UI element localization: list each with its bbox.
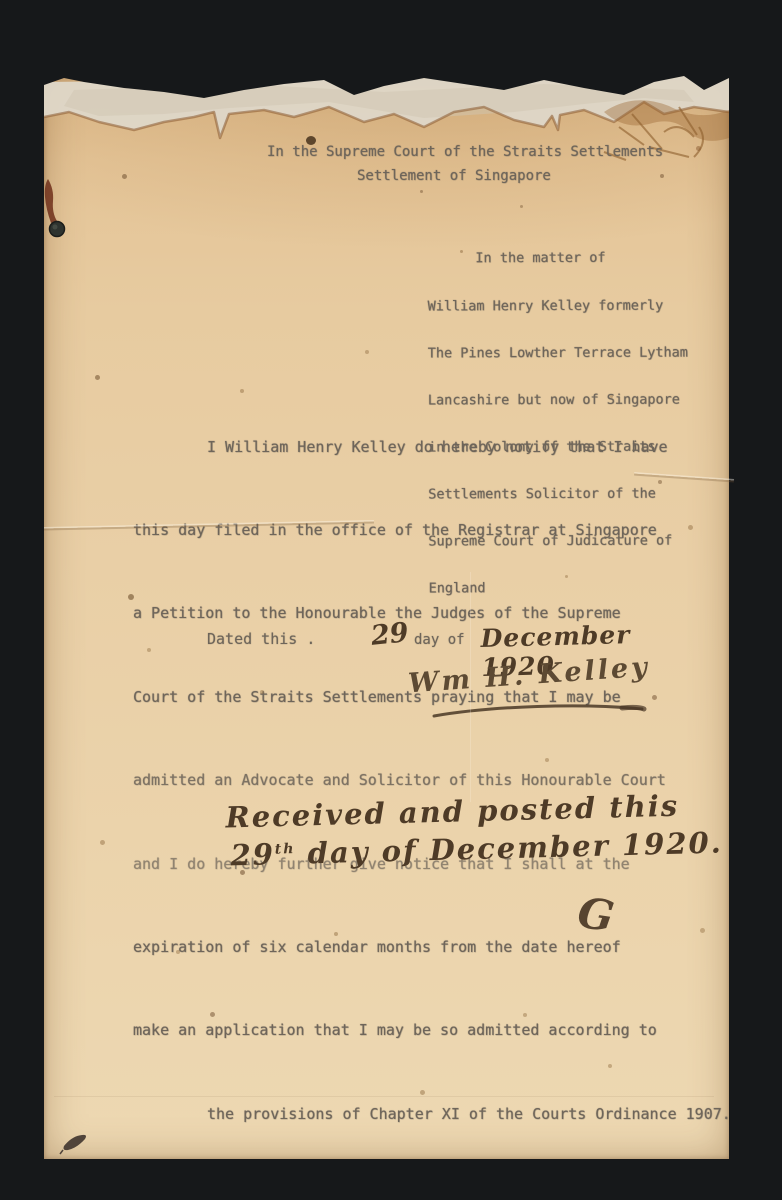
foxing-speck bbox=[652, 695, 657, 700]
dated-prefix: Dated this . bbox=[207, 630, 315, 648]
handwritten-day: 29 bbox=[369, 617, 410, 652]
signature-block: Wm H. Kelley bbox=[404, 658, 694, 728]
received-note: Received and posted this 29th day of Dec… bbox=[225, 788, 723, 873]
foxing-speck bbox=[523, 1013, 527, 1017]
foxing-speck bbox=[610, 395, 613, 398]
signature-text: Wm H. Kelley bbox=[407, 652, 651, 700]
foxing-speck bbox=[122, 174, 127, 179]
court-header-line1: In the Supreme Court of the Straits Sett… bbox=[267, 144, 663, 160]
matter-line: William Henry Kelley formerly bbox=[428, 298, 688, 315]
faint-rule bbox=[54, 1096, 714, 1097]
dated-middle: day of bbox=[414, 632, 465, 648]
foxing-speck bbox=[696, 146, 701, 151]
foxing-speck bbox=[95, 375, 100, 380]
foxing-speck bbox=[660, 174, 664, 178]
foxing-speck bbox=[608, 1064, 612, 1068]
fold-line bbox=[470, 572, 471, 802]
foxing-speck bbox=[520, 205, 523, 208]
foxing-speck bbox=[420, 190, 423, 193]
body-line: this day filed in the office of the Regi… bbox=[133, 517, 731, 545]
foxing-speck bbox=[700, 928, 705, 933]
foxing-speck bbox=[128, 594, 134, 600]
foxing-speck bbox=[365, 350, 369, 354]
foxing-speck bbox=[240, 389, 244, 393]
matter-line: In the matter of bbox=[427, 251, 687, 268]
body-line: the provisions of Chapter XI of the Cour… bbox=[133, 1101, 731, 1129]
foxing-speck bbox=[176, 950, 180, 954]
body-line: make an application that I may be so adm… bbox=[133, 1017, 731, 1045]
foxing-speck bbox=[460, 250, 463, 253]
matter-line: The Pines Lowther Terrace Lytham bbox=[428, 345, 688, 362]
foxing-speck bbox=[147, 648, 151, 652]
document-page: In the Supreme Court of the Straits Sett… bbox=[44, 72, 729, 1159]
foxing-speck bbox=[100, 840, 105, 845]
court-header-line2: Settlement of Singapore bbox=[357, 168, 551, 184]
foxing-speck bbox=[260, 690, 264, 694]
foxing-speck bbox=[240, 870, 245, 875]
notice-body: I William Henry Kelley do hereby notify … bbox=[133, 378, 731, 1184]
foxing-speck bbox=[545, 758, 549, 762]
clerk-initial: G bbox=[575, 888, 617, 942]
foxing-speck bbox=[658, 480, 662, 484]
signature-underline bbox=[432, 700, 662, 722]
scan-background: In the Supreme Court of the Straits Sett… bbox=[0, 0, 782, 1200]
ink-mark-bottom-left bbox=[58, 1130, 98, 1156]
foxing-speck bbox=[306, 136, 316, 145]
foxing-speck bbox=[565, 575, 568, 578]
body-line: expiration of six calendar months from t… bbox=[133, 934, 731, 962]
foxing-speck bbox=[210, 1012, 215, 1017]
foxing-speck bbox=[334, 932, 338, 936]
dated-line: Dated this . 29 day of December 1920 bbox=[133, 623, 713, 657]
ink-blob-left-edge bbox=[44, 177, 84, 267]
foxing-speck bbox=[688, 525, 693, 530]
body-line: I William Henry Kelley do hereby notify … bbox=[133, 434, 731, 462]
foxing-speck bbox=[420, 1090, 425, 1095]
